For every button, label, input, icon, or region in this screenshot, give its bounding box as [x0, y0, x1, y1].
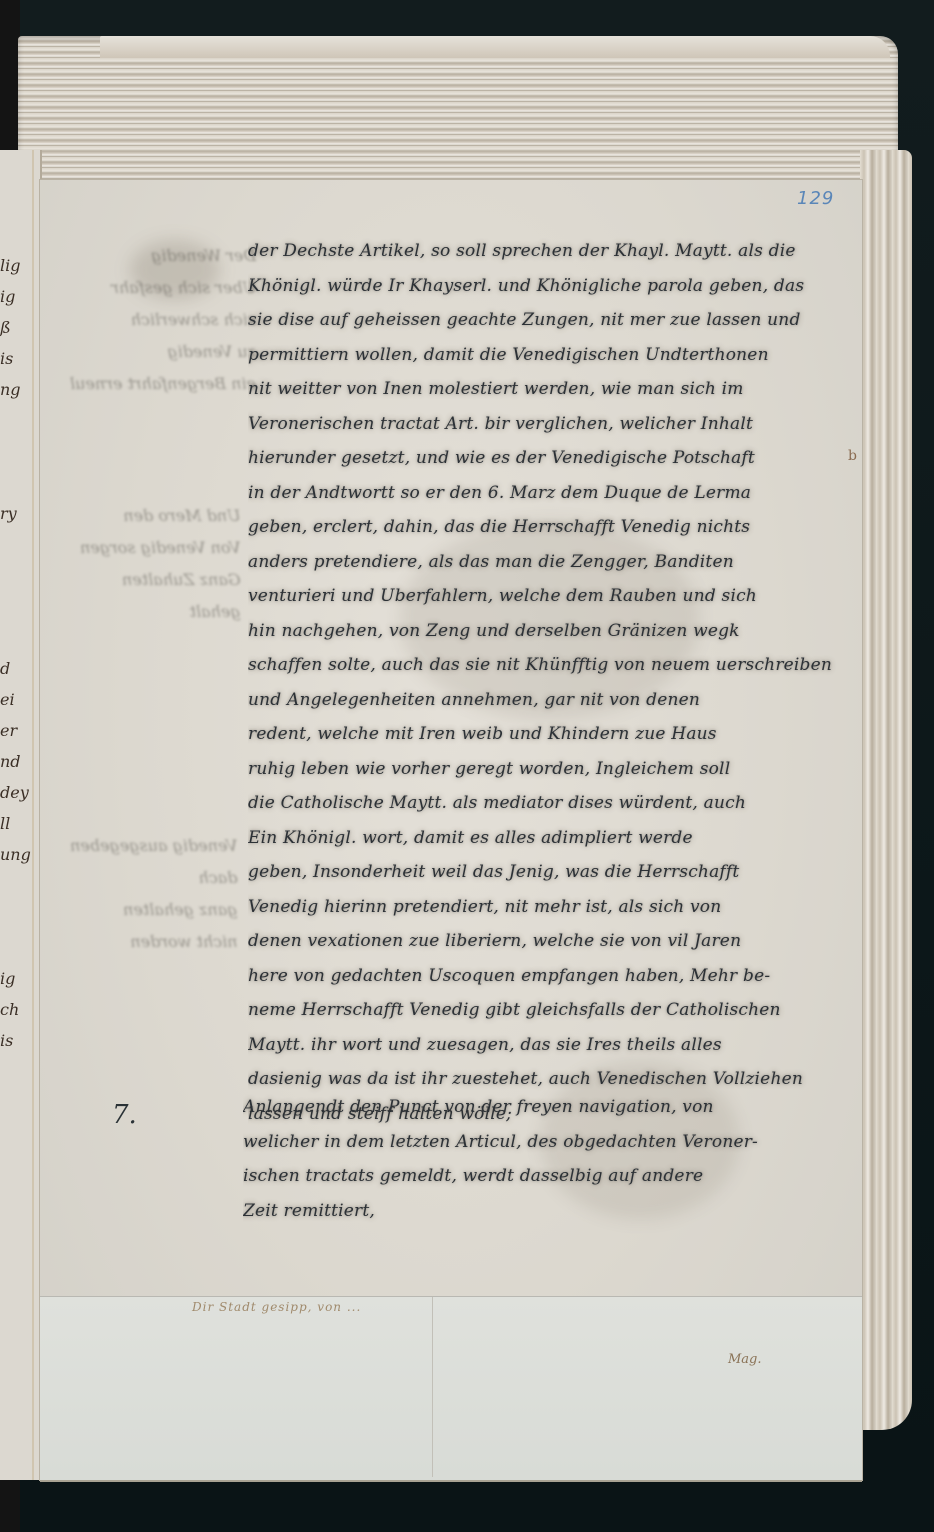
gutter-line	[32, 150, 34, 1480]
text-line: geben, Insonderheit weil das Jenig, was …	[248, 855, 868, 890]
text-line: Khönigl. würde Ir Khayserl. und Khönigli…	[248, 269, 868, 304]
bleed-through-upper: Der Wenedig Uber sich gesfahr sich schwe…	[70, 240, 256, 400]
main-paragraph: der Dechste Artikel, so soll sprechen de…	[248, 234, 868, 1131]
text-line: denen vexationen zue liberiern, welche s…	[248, 924, 868, 959]
second-paragraph: Anlangendt den Punct von der freyen navi…	[243, 1090, 863, 1228]
text-line: sie dise auf geheissen geachte Zungen, n…	[248, 303, 868, 338]
text-line: ischen tractats gemeldt, werdt dasselbig…	[243, 1159, 863, 1194]
text-line: Anlangendt den Punct von der freyen navi…	[243, 1090, 863, 1125]
text-line: hierunder gesetzt, und wie es der Venedi…	[248, 441, 868, 476]
folio-number: 129	[797, 188, 834, 209]
text-line: Maytt. ihr wort und zuesagen, das sie Ir…	[248, 1028, 868, 1063]
text-line: anders pretendiere, als das man die Zeng…	[248, 545, 868, 580]
text-line: redent, welche mit Iren weib und Khinder…	[248, 717, 868, 752]
text-line: Veronerischen tractat Art. bir vergliche…	[248, 407, 868, 442]
facing-page-strip: lig ig ß is ng ry d ei er nd dey ll ung …	[0, 150, 42, 1480]
text-line: schaffen solte, auch das sie nit Khünfft…	[248, 648, 868, 683]
text-line: neme Herrschafft Venedig gibt gleichsfal…	[248, 993, 868, 1028]
folded-lower-margin	[40, 1297, 862, 1482]
top-loose-leaf	[100, 36, 890, 58]
text-line: hin nachgehen, von Zeng und derselben Gr…	[248, 614, 868, 649]
text-line: Ein Khönigl. wort, damit es alles adimpl…	[248, 821, 868, 856]
text-line: die Catholische Maytt. als mediator dise…	[248, 786, 868, 821]
text-line: Zeit remittiert,	[243, 1194, 863, 1229]
text-line: in der Andtwortt so er den 6. Marz dem D…	[248, 476, 868, 511]
bottom-pencil-note: Dir Stadt gesipp, von ...	[192, 1300, 361, 1314]
text-line: permittiern wollen, damit die Venedigisc…	[248, 338, 868, 373]
bottom-right-note: Mag.	[728, 1352, 762, 1367]
bleed-through-lower: Venedig ausgegeben dach ganz gehalten ni…	[70, 830, 238, 958]
text-line: ruhig leben wie vorher geregt worden, In…	[248, 752, 868, 787]
text-line: nit weitter von Inen molestiert werden, …	[248, 372, 868, 407]
paper-crease	[432, 1297, 433, 1477]
text-line: welicher in dem letzten Articul, des obg…	[243, 1125, 863, 1160]
text-line: here von gedachten Uscoquen empfangen ha…	[248, 959, 868, 994]
item-number-marker: 7.	[112, 1100, 137, 1130]
text-line: geben, erclert, dahin, das die Herrschaf…	[248, 510, 868, 545]
text-line: Venedig hierinn pretendiert, nit mehr is…	[248, 890, 868, 925]
right-margin-mark: b	[848, 448, 857, 464]
text-line: und Angelegenheiten annehmen, gar nit vo…	[248, 683, 868, 718]
text-line: venturieri und Uberfahlern, welche dem R…	[248, 579, 868, 614]
bleed-through-middle: Und Mero den Von Venedig sorgen Ganz Zuh…	[80, 500, 241, 628]
text-line: der Dechste Artikel, so soll sprechen de…	[248, 234, 868, 269]
